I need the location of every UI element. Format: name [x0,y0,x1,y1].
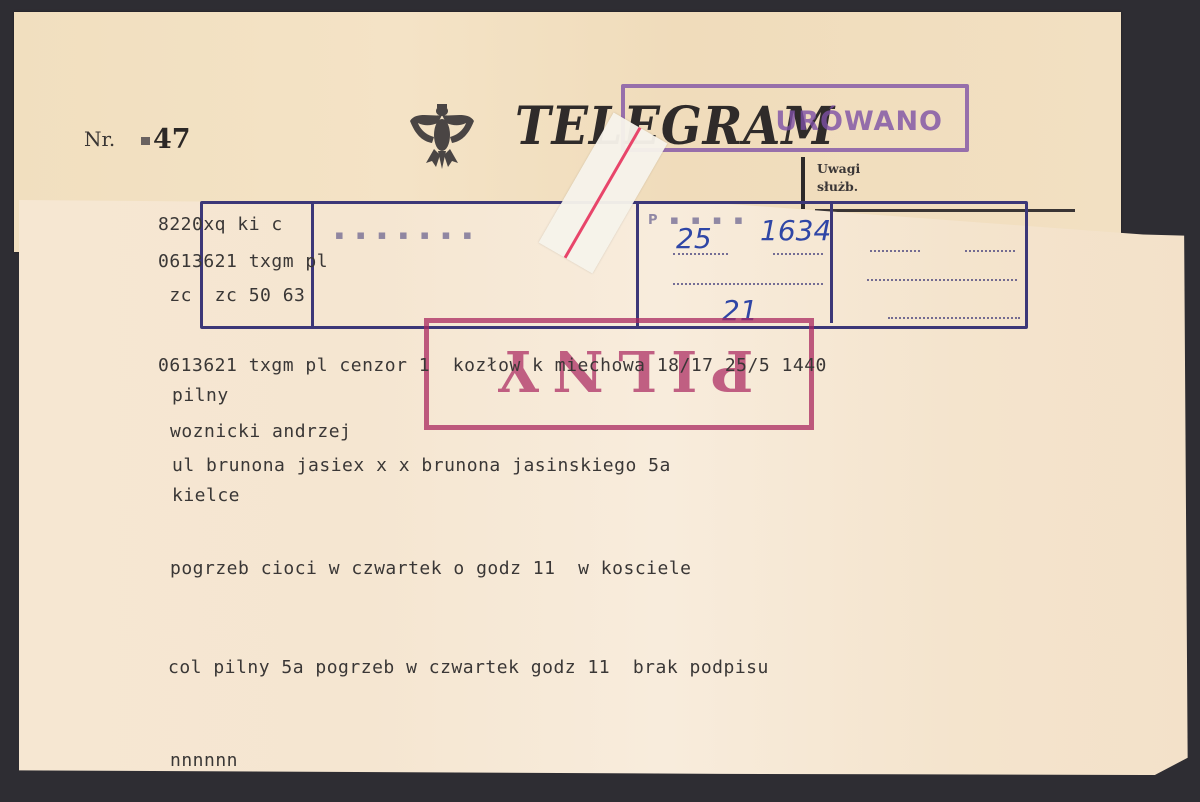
collation-line: col pilny 5a pogrzeb w czwartek godz 11 … [168,657,769,678]
form-dotted-line [867,279,1017,281]
service-remarks-label: Uwagi służb. [817,160,860,196]
recipient-city: kielce [172,485,240,506]
routing-line-1: 8220xq ki c [158,214,283,235]
form-dotted-line [965,250,1015,252]
number-label: Nr. [84,127,115,151]
handwritten-day: 25 [676,222,712,255]
recipient-name: woznicki andrzej [170,421,351,442]
uwagi-label-line2: służb. [817,178,860,196]
censored-stamp: URÓWANO [621,84,969,152]
uwagi-label-line1: Uwagi [817,160,860,178]
recipient-street: ul brunona jasiex x x brunona jasinskieg… [172,455,671,476]
message-body: pogrzeb cioci w czwartek o godz 11 w kos… [170,558,692,579]
form-dotted-line [888,317,1020,319]
form-dotted-line [773,253,823,255]
faded-form-label: ▪ ▪ ▪ ▪ ▪ ▪ ▪ [335,228,476,243]
form-divider-2 [636,203,639,329]
priority-line: pilny [172,385,229,406]
form-dotted-line [673,283,823,285]
routing-line-3: zc zc 50 63 [158,285,305,306]
message-header-line: 0613621 txgm pl cenzor 1 kozłow k miecho… [158,355,827,376]
end-marker: nnnnnn [170,750,238,771]
polish-eagle-icon [408,101,476,171]
number-value: 47 [153,124,191,155]
handwritten-time: 1634 [760,214,831,247]
number-mark [141,137,150,145]
form-dotted-line [870,250,920,252]
routing-line-2: 0613621 txgm pl [158,251,328,272]
